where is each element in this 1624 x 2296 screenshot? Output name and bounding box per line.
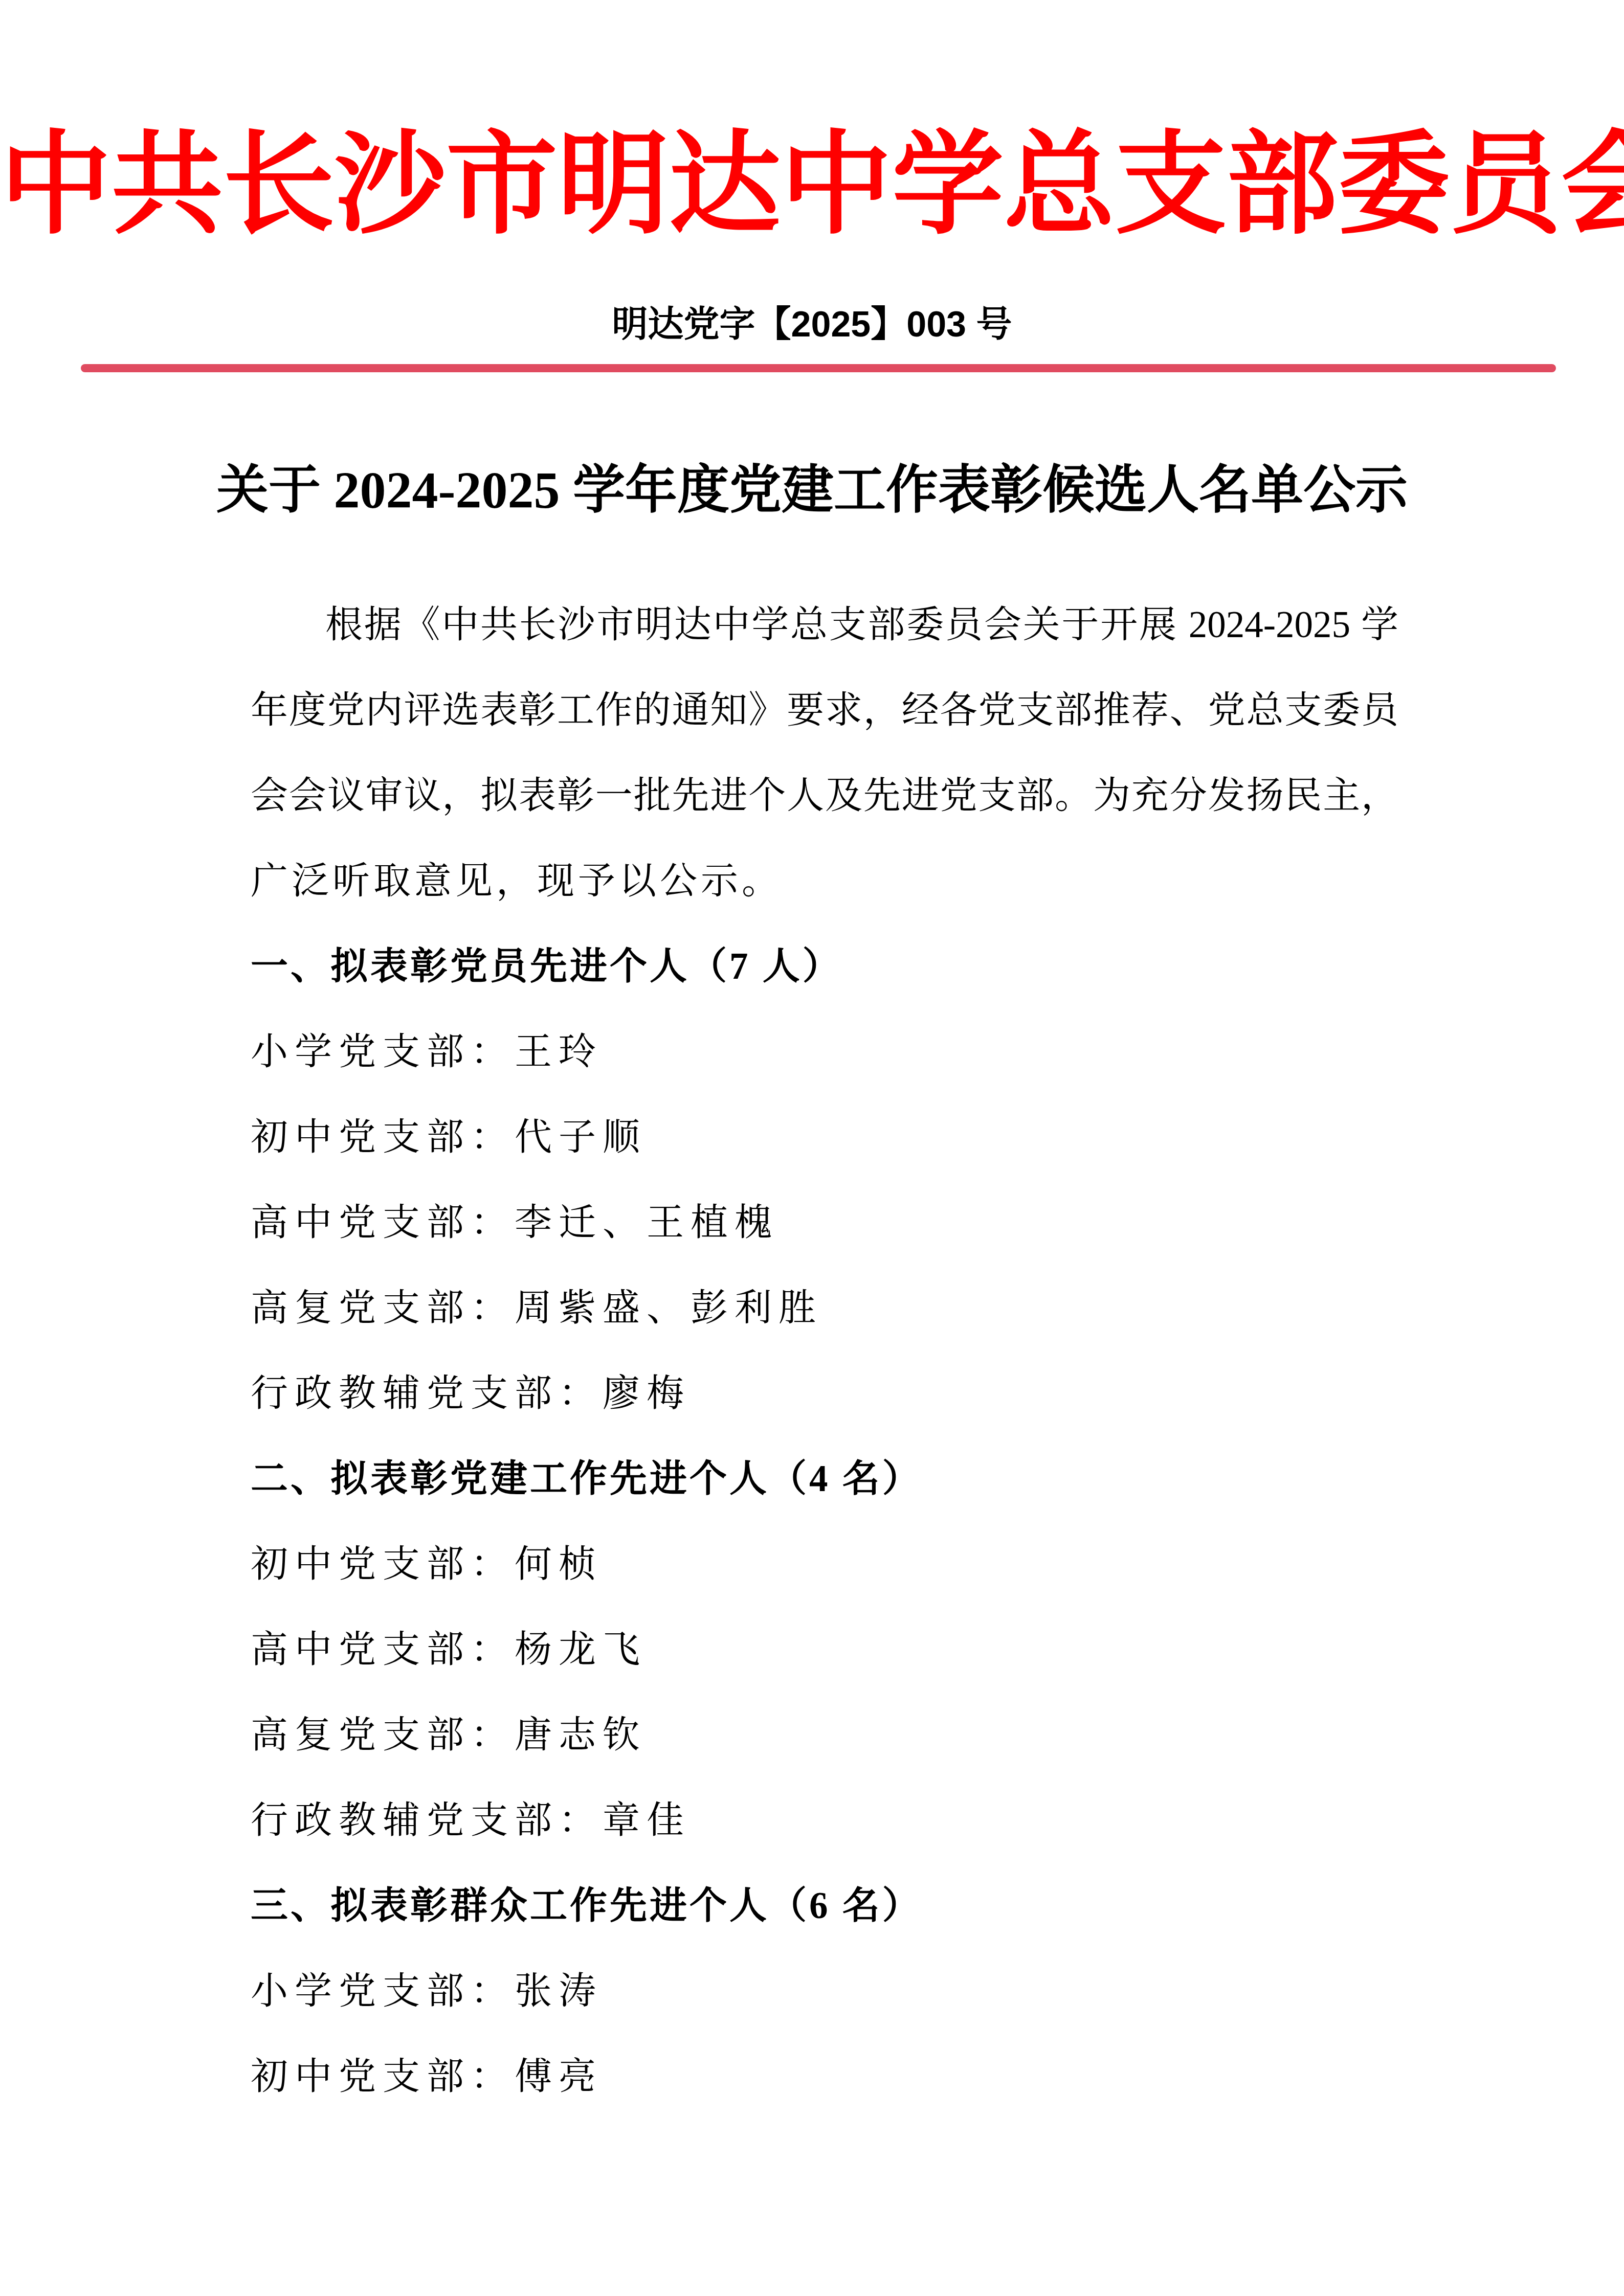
award-section: 三、拟表彰群众工作先进个人（6 名）小学党支部：张涛初中党支部：傅亮 [251,1863,1398,2119]
paragraph-line: 会会议审议，拟表彰一批先进个人及先进党支部。为充分发扬民主， [251,753,1398,838]
paragraph-line: 根据《中共长沙市明达中学总支部委员会关于开展 2024-2025 学 [251,582,1398,667]
section-heading: 二、拟表彰党建工作先进个人（4 名） [251,1436,1398,1521]
list-item: 行政教辅党支部：章佳 [251,1777,1398,1863]
document-body: 根据《中共长沙市明达中学总支部委员会关于开展 2024-2025 学年度党内评选… [251,582,1398,2119]
red-divider-line [81,364,1556,372]
paragraph-line: 年度党内评选表彰工作的通知》要求，经各党支部推荐、党总支委员 [251,667,1398,753]
list-item: 初中党支部：何桢 [251,1521,1398,1607]
award-section: 二、拟表彰党建工作先进个人（4 名）初中党支部：何桢高中党支部：杨龙飞高复党支部… [251,1436,1398,1863]
section-heading: 一、拟表彰党员先进个人（7 人） [251,924,1398,1009]
award-section: 一、拟表彰党员先进个人（7 人）小学党支部：王玲初中党支部：代子顺高中党支部：李… [251,924,1398,1436]
sections: 一、拟表彰党员先进个人（7 人）小学党支部：王玲初中党支部：代子顺高中党支部：李… [251,924,1398,2119]
list-item: 小学党支部：张涛 [251,1948,1398,2034]
list-item: 小学党支部：王玲 [251,1009,1398,1094]
letterhead-org-title: 中共长沙市明达中学总支部委员会 [0,127,1624,245]
doc-number: 明达党字【2025】003 号 [0,300,1624,349]
list-item: 行政教辅党支部：廖梅 [251,1350,1398,1436]
list-item: 初中党支部：代子顺 [251,1094,1398,1180]
paragraph-line: 广泛听取意见，现予以公示。 [251,838,1398,924]
document-page: 中共长沙市明达中学总支部委员会 明达党字【2025】003 号 关于 2024-… [0,0,1624,2296]
list-item: 高中党支部：李迁、王植槐 [251,1180,1398,1265]
list-item: 初中党支部：傅亮 [251,2034,1398,2119]
list-item: 高复党支部：周紫盛、彭利胜 [251,1265,1398,1350]
doc-title: 关于 2024-2025 学年度党建工作表彰候选人名单公示 [0,457,1624,525]
list-item: 高复党支部：唐志钦 [251,1692,1398,1777]
body-paragraph: 根据《中共长沙市明达中学总支部委员会关于开展 2024-2025 学年度党内评选… [251,582,1398,924]
section-heading: 三、拟表彰群众工作先进个人（6 名） [251,1863,1398,1948]
list-item: 高中党支部：杨龙飞 [251,1607,1398,1692]
